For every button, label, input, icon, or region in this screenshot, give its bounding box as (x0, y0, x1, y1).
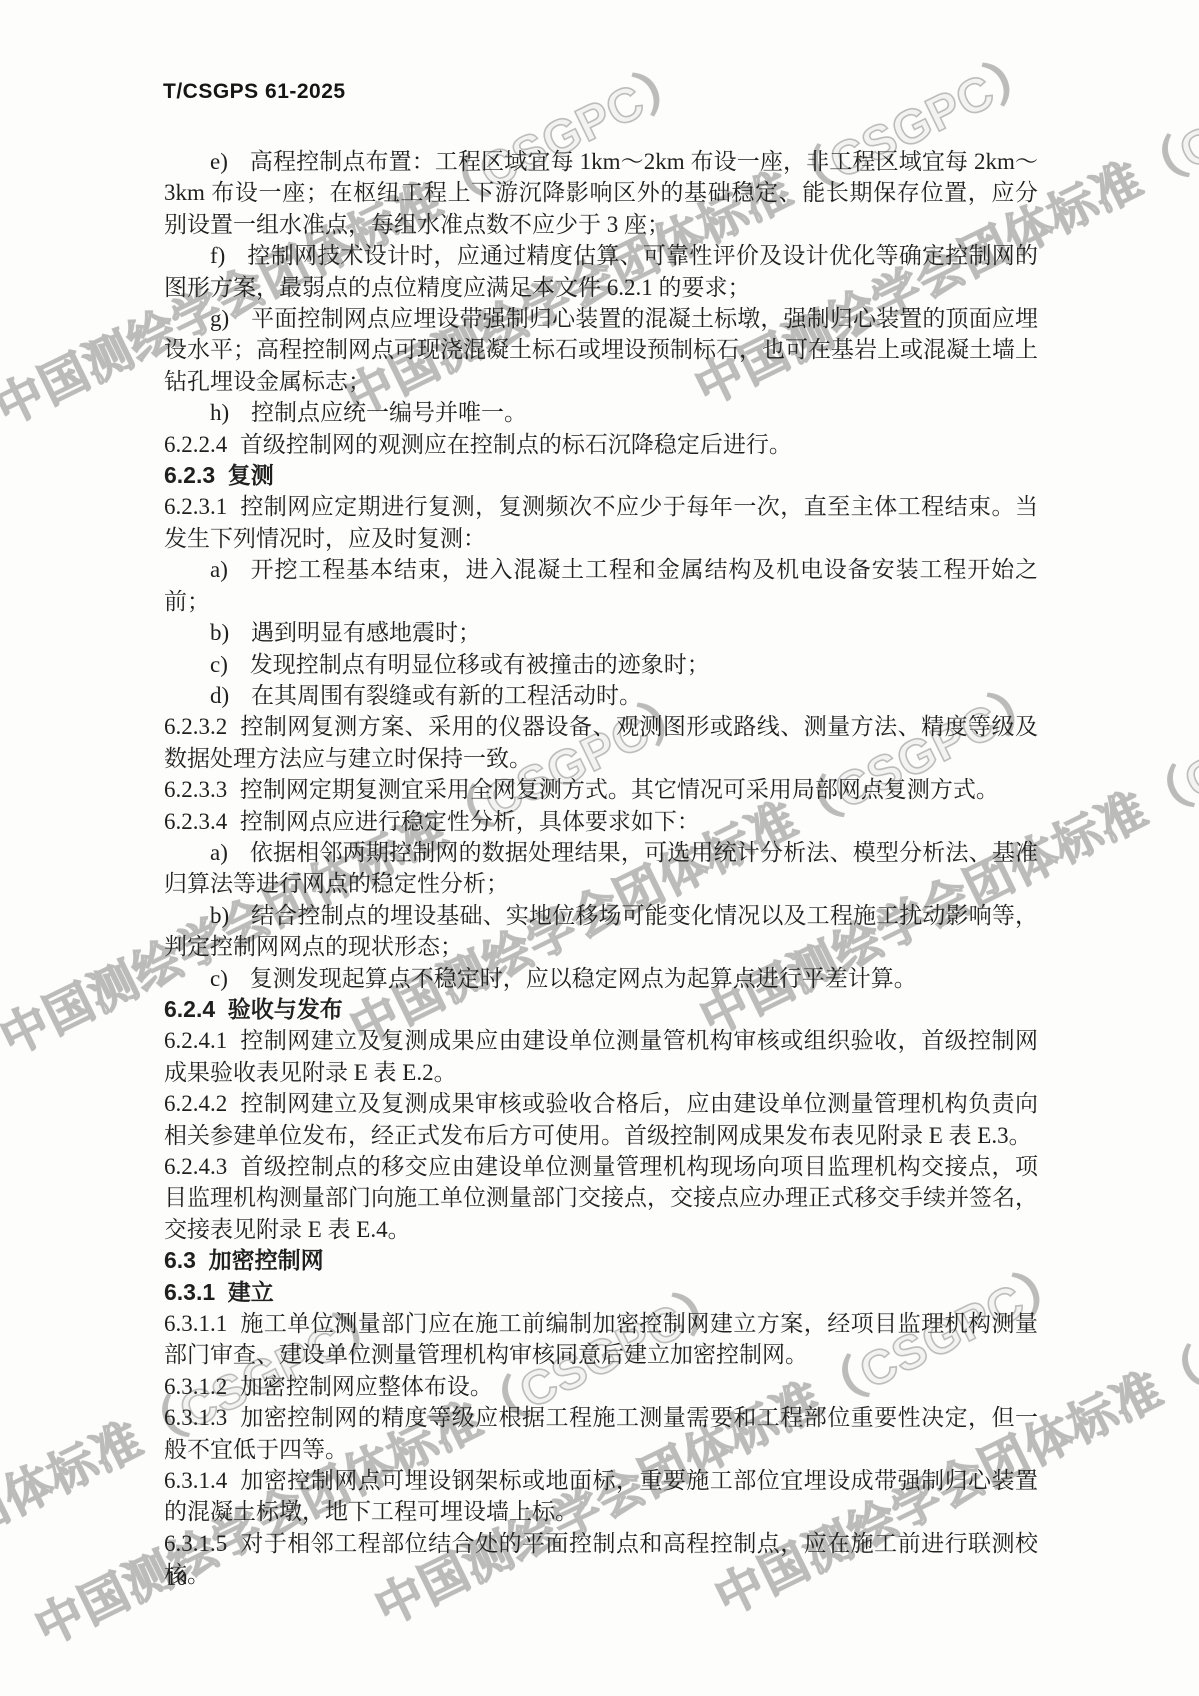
item-text: 发现控制点有明显位移或有被撞击的迹象时； (250, 652, 710, 677)
item-label: c) (210, 652, 228, 677)
list-item: h)控制点应统一编号并唯一。 (164, 397, 1038, 428)
clause-text: 加密控制网的精度等级应根据工程施工测量需要和工程部位重要性决定，但一般不宜低于四… (164, 1405, 1038, 1461)
item-text: 控制点应统一编号并唯一。 (251, 400, 527, 425)
clause-paragraph: 6.2.3.4控制网点应进行稳定性分析，具体要求如下： (164, 806, 1038, 837)
clause-text: 建立 (228, 1279, 274, 1305)
clause-text: 控制网建立及复测成果审核或验收合格后，应由建设单位测量管理机构负责向相关参建单位… (164, 1091, 1038, 1147)
item-label: b) (210, 620, 229, 645)
clause-paragraph: 6.2.3.2控制网复测方案、采用的仪器设备、观测图形或路线、测量方法、精度等级… (164, 711, 1038, 774)
item-text: 平面控制网点应埋设带强制归心装置的混凝土标墩，强制归心装置的顶面应埋设水平；高程… (164, 306, 1038, 394)
item-text: 在其周围有裂缝或有新的工程活动时。 (251, 683, 642, 708)
clause-number: 6.3.1.5 (164, 1531, 227, 1556)
clause-paragraph: 6.2.2.4首级控制网的观测应在控制点的标石沉降稳定后进行。 (164, 429, 1038, 460)
clause-paragraph: 6.3.1.4加密控制网点可埋设钢架标或地面标，重要施工部位宜埋设成带强制归心装… (164, 1465, 1038, 1528)
list-item: e)高程控制点布置：工程区域宜每 1km～2km 布设一座，非工程区域宜每 2k… (164, 146, 1038, 240)
clause-number: 6.2.4.3 (164, 1154, 227, 1179)
list-item: c)复测发现起算点不稳定时，应以稳定网点为起算点进行平差计算。 (164, 963, 1038, 994)
clause-text: 首级控制点的移交应由建设单位测量管理机构现场向项目监理机构交接点，项目监理机构测… (164, 1154, 1038, 1242)
clause-text: 复测 (228, 462, 274, 488)
section-heading: 6.2.4验收与发布 (164, 994, 1038, 1025)
list-item: c)发现控制点有明显位移或有被撞击的迹象时； (164, 649, 1038, 680)
clause-number: 6.2.4.2 (164, 1091, 227, 1116)
clause-text: 控制网点应进行稳定性分析，具体要求如下： (240, 809, 700, 834)
clause-paragraph: 6.2.4.3首级控制点的移交应由建设单位测量管理机构现场向项目监理机构交接点，… (164, 1151, 1038, 1245)
clause-paragraph: 6.3.1.1施工单位测量部门应在施工前编制加密控制网建立方案，经项目监理机构测… (164, 1308, 1038, 1371)
item-text: 复测发现起算点不稳定时，应以稳定网点为起算点进行平差计算。 (250, 966, 917, 991)
clause-number: 6.2.3.4 (164, 809, 227, 834)
clause-number: 6.3.1.2 (164, 1374, 227, 1399)
clause-text: 加密控制网 (209, 1247, 324, 1273)
list-item: d)在其周围有裂缝或有新的工程活动时。 (164, 680, 1038, 711)
clause-paragraph: 6.2.3.3控制网定期复测宜采用全网复测方式。其它情况可采用局部网点复测方式。 (164, 774, 1038, 805)
item-label: a) (210, 557, 228, 582)
section-heading: 6.3加密控制网 (164, 1245, 1038, 1276)
section-heading: 6.2.3复测 (164, 460, 1038, 491)
list-item: b)遇到明显有感地震时； (164, 617, 1038, 648)
clause-text: 控制网定期复测宜采用全网复测方式。其它情况可采用局部网点复测方式。 (240, 777, 999, 802)
item-text: 依据相邻两期控制网的数据处理结果，可选用统计分析法、模型分析法、基准归算法等进行… (164, 840, 1038, 896)
item-label: e) (210, 149, 228, 174)
clause-paragraph: 6.2.4.1控制网建立及复测成果应由建设单位测量管机构审核或组织验收，首级控制… (164, 1025, 1038, 1088)
document-page: 中国测绘学会团体标准（CSGPC）中国测绘学会团体标准（CSGPC）中国测绘学会… (0, 0, 1199, 1696)
clause-paragraph: 6.3.1.2加密控制网应整体布设。 (164, 1371, 1038, 1402)
clause-number: 6.2.3 (164, 462, 215, 488)
content: e)高程控制点布置：工程区域宜每 1km～2km 布设一座，非工程区域宜每 2k… (164, 146, 1038, 1591)
clause-number: 6.3.1.1 (164, 1311, 227, 1336)
item-label: f) (210, 243, 225, 268)
clause-paragraph: 6.3.1.3加密控制网的精度等级应根据工程施工测量需要和工程部位重要性决定，但… (164, 1402, 1038, 1465)
clause-text: 控制网建立及复测成果应由建设单位测量管机构审核或组织验收，首级控制网成果验收表见… (164, 1028, 1038, 1084)
clause-text: 首级控制网的观测应在控制点的标石沉降稳定后进行。 (240, 432, 792, 457)
clause-number: 6.3 (164, 1247, 196, 1273)
standard-number-header: T/CSGPS 61-2025 (163, 80, 346, 104)
clause-number: 6.2.3.3 (164, 777, 227, 802)
list-item: g)平面控制网点应埋设带强制归心装置的混凝土标墩，强制归心装置的顶面应埋设水平；… (164, 303, 1038, 397)
clause-number: 6.3.1.4 (164, 1468, 227, 1493)
item-label: b) (210, 903, 229, 928)
clause-text: 控制网复测方案、采用的仪器设备、观测图形或路线、测量方法、精度等级及数据处理方法… (164, 714, 1038, 770)
clause-text: 控制网应定期进行复测，复测频次不应少于每年一次，直至主体工程结束。当发生下列情况… (164, 494, 1038, 550)
clause-text: 加密控制网应整体布设。 (240, 1374, 493, 1399)
clause-text: 加密控制网点可埋设钢架标或地面标，重要施工部位宜埋设成带强制归心装置的混凝土标墩… (164, 1468, 1038, 1524)
list-item: b)结合控制点的埋设基础、实地位移场可能变化情况以及工程施工扰动影响等，判定控制… (164, 900, 1038, 963)
clause-text: 验收与发布 (228, 996, 343, 1022)
clause-number: 6.3.1 (164, 1279, 215, 1305)
clause-number: 6.3.1.3 (164, 1405, 227, 1430)
clause-number: 6.2.2.4 (164, 432, 227, 457)
item-label: a) (210, 840, 228, 865)
clause-text: 对于相邻工程部位结合处的平面控制点和高程控制点，应在施工前进行联测校核。 (164, 1531, 1038, 1587)
item-text: 控制网技术设计时，应通过精度估算、可靠性评价及设计优化等确定控制网的图形方案，最… (164, 243, 1038, 299)
clause-paragraph: 6.3.1.5对于相邻工程部位结合处的平面控制点和高程控制点，应在施工前进行联测… (164, 1528, 1038, 1591)
item-label: g) (210, 306, 229, 331)
clause-number: 6.2.4 (164, 996, 215, 1022)
list-item: a)依据相邻两期控制网的数据处理结果，可选用统计分析法、模型分析法、基准归算法等… (164, 837, 1038, 900)
clause-paragraph: 6.2.4.2控制网建立及复测成果审核或验收合格后，应由建设单位测量管理机构负责… (164, 1088, 1038, 1151)
item-label: d) (210, 683, 229, 708)
item-text: 高程控制点布置：工程区域宜每 1km～2km 布设一座，非工程区域宜每 2km～… (164, 149, 1038, 237)
clause-text: 施工单位测量部门应在施工前编制加密控制网建立方案，经项目监理机构测量部门审查、建… (164, 1311, 1038, 1367)
item-text: 结合控制点的埋设基础、实地位移场可能变化情况以及工程施工扰动影响等，判定控制网网… (164, 903, 1038, 959)
clause-number: 6.2.3.2 (164, 714, 227, 739)
list-item: a)开挖工程基本结束，进入混凝土工程和金属结构及机电设备安装工程开始之前； (164, 554, 1038, 617)
clause-paragraph: 6.2.3.1控制网应定期进行复测，复测频次不应少于每年一次，直至主体工程结束。… (164, 491, 1038, 554)
item-label: c) (210, 966, 228, 991)
section-heading: 6.3.1建立 (164, 1277, 1038, 1308)
clause-number: 6.2.3.1 (164, 494, 227, 519)
item-text: 开挖工程基本结束，进入混凝土工程和金属结构及机电设备安装工程开始之前； (164, 557, 1038, 613)
item-text: 遇到明显有感地震时； (251, 620, 481, 645)
item-label: h) (210, 400, 229, 425)
page-number: 10 (166, 1566, 187, 1591)
list-item: f)控制网技术设计时，应通过精度估算、可靠性评价及设计优化等确定控制网的图形方案… (164, 240, 1038, 303)
clause-number: 6.2.4.1 (164, 1028, 227, 1053)
